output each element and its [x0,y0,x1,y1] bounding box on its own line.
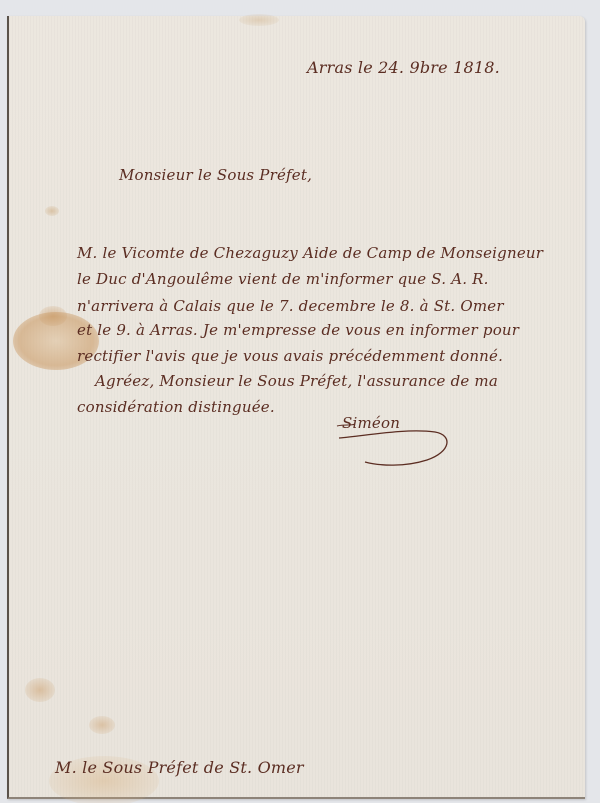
body-line-3: n'arrivera à Calais que le 7. decembre l… [77,297,504,315]
stain-bottom-left-2 [89,716,115,734]
stain-bottom-left-1 [25,678,55,702]
stain-top-edge [239,14,279,26]
address-line: M. le Sous Préfet de St. Omer [55,758,304,777]
body-line-6: Agréez, Monsieur le Sous Préfet, l'assur… [95,372,498,390]
dateline: Arras le 24. 9bre 1818. [307,58,500,77]
body-line-1: M. le Vicomte de Chezaguzy Aide de Camp … [77,244,543,262]
letter-sheet: Arras le 24. 9bre 1818. Monsieur le Sous… [7,16,585,799]
body-line-4: et le 9. à Arras. Je m'empresse de vous … [77,321,519,339]
water-stain-left-small [39,306,67,326]
body-line-5: rectifier l'avis que je vous avais précé… [77,347,503,365]
body-line-7: considération distinguée. [77,398,275,416]
salutation: Monsieur le Sous Préfet, [119,166,312,184]
stain-spot-top-left [45,206,59,216]
body-line-2: le Duc d'Angoulême vient de m'informer q… [77,270,489,288]
signature-flourish-icon [335,422,453,470]
